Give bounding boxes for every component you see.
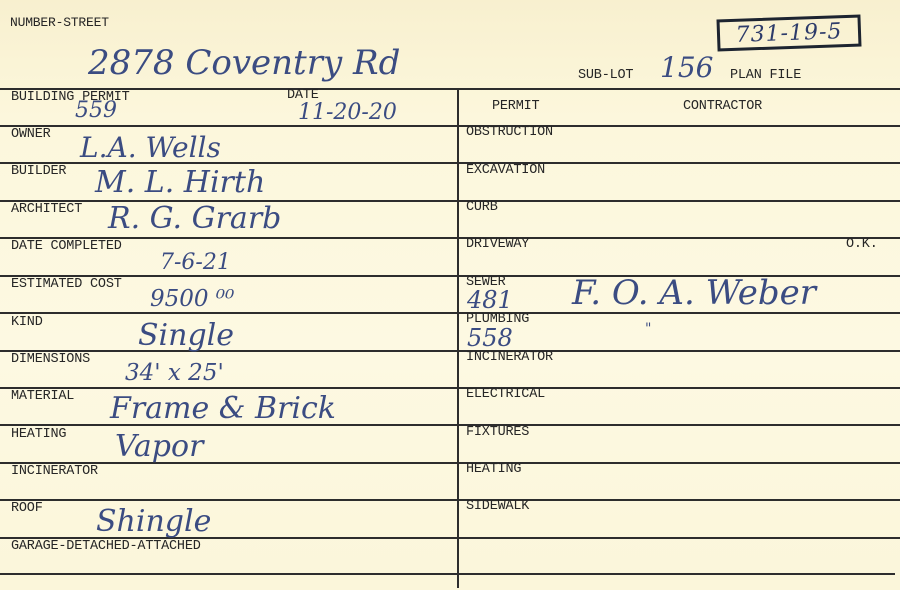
dimensions-label: DIMENSIONS <box>11 353 90 367</box>
plan-file-label: PLAN FILE <box>730 69 801 83</box>
garage-label: GARAGE-DETACHED-ATTACHED <box>11 540 201 554</box>
roof-value: Shingle <box>96 507 211 537</box>
date-value: 11-20-20 <box>298 102 397 124</box>
row-line <box>0 237 900 239</box>
row-line <box>0 499 900 501</box>
dimensions-value: 34' x 25' <box>125 362 224 385</box>
row-line <box>0 350 900 352</box>
architect-value: R. G. Grarb <box>108 204 281 234</box>
date-completed-label: DATE COMPLETED <box>11 240 122 254</box>
permit-incinerator-label: INCINERATOR <box>466 351 553 365</box>
permit-excavation-label: EXCAVATION <box>466 164 545 178</box>
number-street-label: NUMBER-STREET <box>10 16 109 29</box>
sewer-permit-number: 481 <box>467 288 513 312</box>
material-label: MATERIAL <box>11 390 74 404</box>
permit-fixtures-label: FIXTURES <box>466 426 529 440</box>
kind-value: Single <box>138 321 234 351</box>
row-line <box>0 387 900 389</box>
file-number: 731-19-5 <box>735 19 843 48</box>
divider <box>0 88 900 90</box>
permit-sidewalk-label: SIDEWALK <box>466 500 529 514</box>
sub-lot-value: 156 <box>660 54 713 82</box>
permit-heating-label: HEATING <box>466 463 521 477</box>
row-line <box>0 125 900 127</box>
date-completed-value: 7-6-21 <box>160 252 231 274</box>
permit-curb-label: CURB <box>466 201 498 215</box>
sub-lot-label: SUB-LOT <box>578 69 633 83</box>
heating-value: Vapor <box>115 432 203 462</box>
plumbing-permit-number: 558 <box>467 326 513 350</box>
building-permit-card: 731-19-5 NUMBER-STREET 2878 Coventry Rd … <box>0 0 900 590</box>
estimated-cost-label: ESTIMATED COST <box>11 278 122 292</box>
architect-label: ARCHITECT <box>11 203 82 217</box>
builder-label: BUILDER <box>11 165 66 179</box>
material-value: Frame & Brick <box>110 394 336 424</box>
permit-obstruction-label: OBSTRUCTION <box>466 126 553 140</box>
estimated-cost-value: 9500 ⁰⁰ <box>150 288 234 311</box>
permit-electrical-label: ELECTRICAL <box>466 388 545 402</box>
plumbing-contractor-ditto: " <box>645 322 651 336</box>
permit-column-header: PERMIT <box>492 100 539 114</box>
sewer-contractor: F. O. A. Weber <box>572 276 816 310</box>
permit-driveway-label: DRIVEWAY <box>466 238 529 252</box>
building-permit-value: 559 <box>75 100 117 122</box>
file-number-stamp: 731-19-5 <box>716 14 861 51</box>
builder-value: M. L. Hirth <box>95 168 265 198</box>
row-line <box>0 573 895 575</box>
roof-label: ROOF <box>11 502 43 516</box>
contractor-column-header: CONTRACTOR <box>683 100 762 114</box>
owner-label: OWNER <box>11 128 51 142</box>
driveway-note: O.K. <box>846 238 878 252</box>
kind-label: KIND <box>11 316 43 330</box>
incinerator-label: INCINERATOR <box>11 465 98 479</box>
heating-label: HEATING <box>11 428 66 442</box>
owner-value: L.A. Wells <box>80 134 221 162</box>
address-value: 2878 Coventry Rd <box>88 46 400 80</box>
